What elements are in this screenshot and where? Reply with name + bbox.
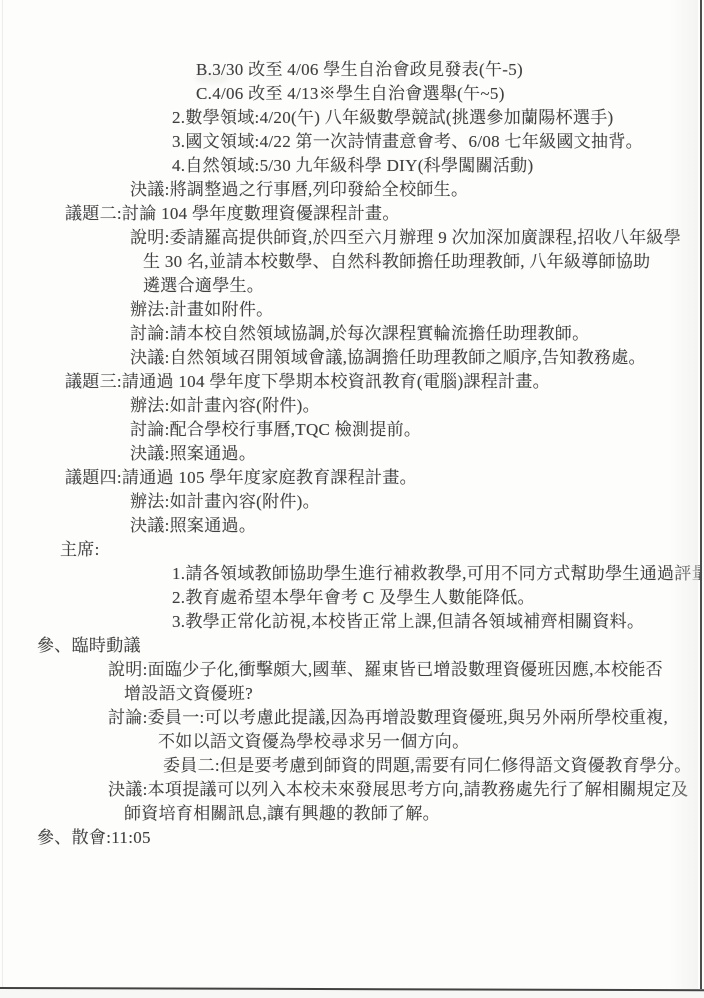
topic-2-method: 辦法:計畫如附件。 <box>0 298 704 322</box>
topic-2-explanation-cont2: 遴選合適學生。 <box>0 274 704 298</box>
schedule-item-math: 2.數學領域:4/20(午) 八年級數學競試(挑選參加蘭陽杯選手) <box>0 106 704 130</box>
topic-3-method: 辦法:如計畫內容(附件)。 <box>0 394 704 418</box>
motion-resolution: 決議:本項提議可以列入本校未來發展思考方向,請教務處先行了解相關規定及 <box>0 778 704 802</box>
topic-4-method: 辦法:如計畫內容(附件)。 <box>0 490 704 514</box>
chairman-remark-2: 2.教育處希望本學年會考 C 及學生人數能降低。 <box>0 586 704 610</box>
motion-discussion: 討論:委員一:可以考慮此提議,因為再增設數理資優班,與另外兩所學校重複, <box>0 706 704 730</box>
adjournment-line: 參、散會:11:05 <box>0 826 704 850</box>
scanned-document-page: B.3/30 改至 4/06 學生自治會政見發表(午-5) C.4/06 改至 … <box>0 0 704 998</box>
topic-4-resolution: 決議:照案通過。 <box>0 514 704 538</box>
schedule-subitem-c: C.4/06 改至 4/13※學生自治會選舉(午~5) <box>0 82 704 106</box>
chairman-remark-1: 1.請各領域教師協助學生進行補救教學,可用不同方式幫助學生通過評量。 <box>0 562 704 586</box>
schedule-item-chinese: 3.國文領域:4/22 第一次詩情畫意會考、6/08 七年級國文抽背。 <box>0 130 704 154</box>
topic-2-discussion: 討論:請本校自然領域協調,於每次課程實輪流擔任助理教師。 <box>0 322 704 346</box>
topic-2-heading: 議題二:討論 104 學年度數理資優課程計畫。 <box>0 202 704 226</box>
motion-discussion-cont: 不如以語文資優為學校尋求另一個方向。 <box>0 730 704 754</box>
scan-edge-left <box>2 0 3 998</box>
schedule-subitem-b: B.3/30 改至 4/06 學生自治會政見發表(午-5) <box>0 58 704 82</box>
topic-3-heading: 議題三:請通過 104 學年度下學期本校資訊教育(電腦)課程計畫。 <box>0 370 704 394</box>
topic-3-discussion: 討論:配合學校行事曆,TQC 檢測提前。 <box>0 418 704 442</box>
topic-4-heading: 議題四:請通過 105 學年度家庭教育課程計畫。 <box>0 466 704 490</box>
document-text: B.3/30 改至 4/06 學生自治會政見發表(午-5) C.4/06 改至 … <box>0 58 704 850</box>
topic-2-resolution: 決議:自然領域召開領域會議,協調擔任助理教師之順序,告知教務處。 <box>0 346 704 370</box>
motion-explanation: 說明:面臨少子化,衝擊頗大,國華、羅東皆已增設數理資優班因應,本校能否 <box>0 658 704 682</box>
chairman-heading: 主席: <box>0 538 704 562</box>
topic-2-explanation: 說明:委請羅高提供師資,於四至六月辦理 9 次加深加廣課程,招收八年級學 <box>0 226 704 250</box>
motion-explanation-cont: 增設語文資優班? <box>0 682 704 706</box>
scan-edge-right <box>700 0 702 992</box>
motion-resolution-cont: 師資培育相關訊息,讓有興趣的教師了解。 <box>0 802 704 826</box>
topic-1-resolution: 決議:將調整過之行事曆,列印發給全校師生。 <box>0 178 704 202</box>
scan-shading-right <box>670 0 698 990</box>
topic-3-resolution: 決議:照案通過。 <box>0 442 704 466</box>
motion-member-2-comment: 委員二:但是要考慮到師資的問題,需要有同仁修得語文資優教育學分。 <box>0 754 704 778</box>
topic-2-explanation-cont: 生 30 名,並請本校數學、自然科教師擔任助理教師, 八年級導師協助 <box>0 250 704 274</box>
extempore-motion-heading: 參、臨時動議 <box>0 634 704 658</box>
schedule-item-science: 4.自然領域:5/30 九年級科學 DIY(科學闖關活動) <box>0 154 704 178</box>
chairman-remark-3: 3.教學正常化訪視,本校皆正常上課,但請各領域補齊相關資料。 <box>0 610 704 634</box>
